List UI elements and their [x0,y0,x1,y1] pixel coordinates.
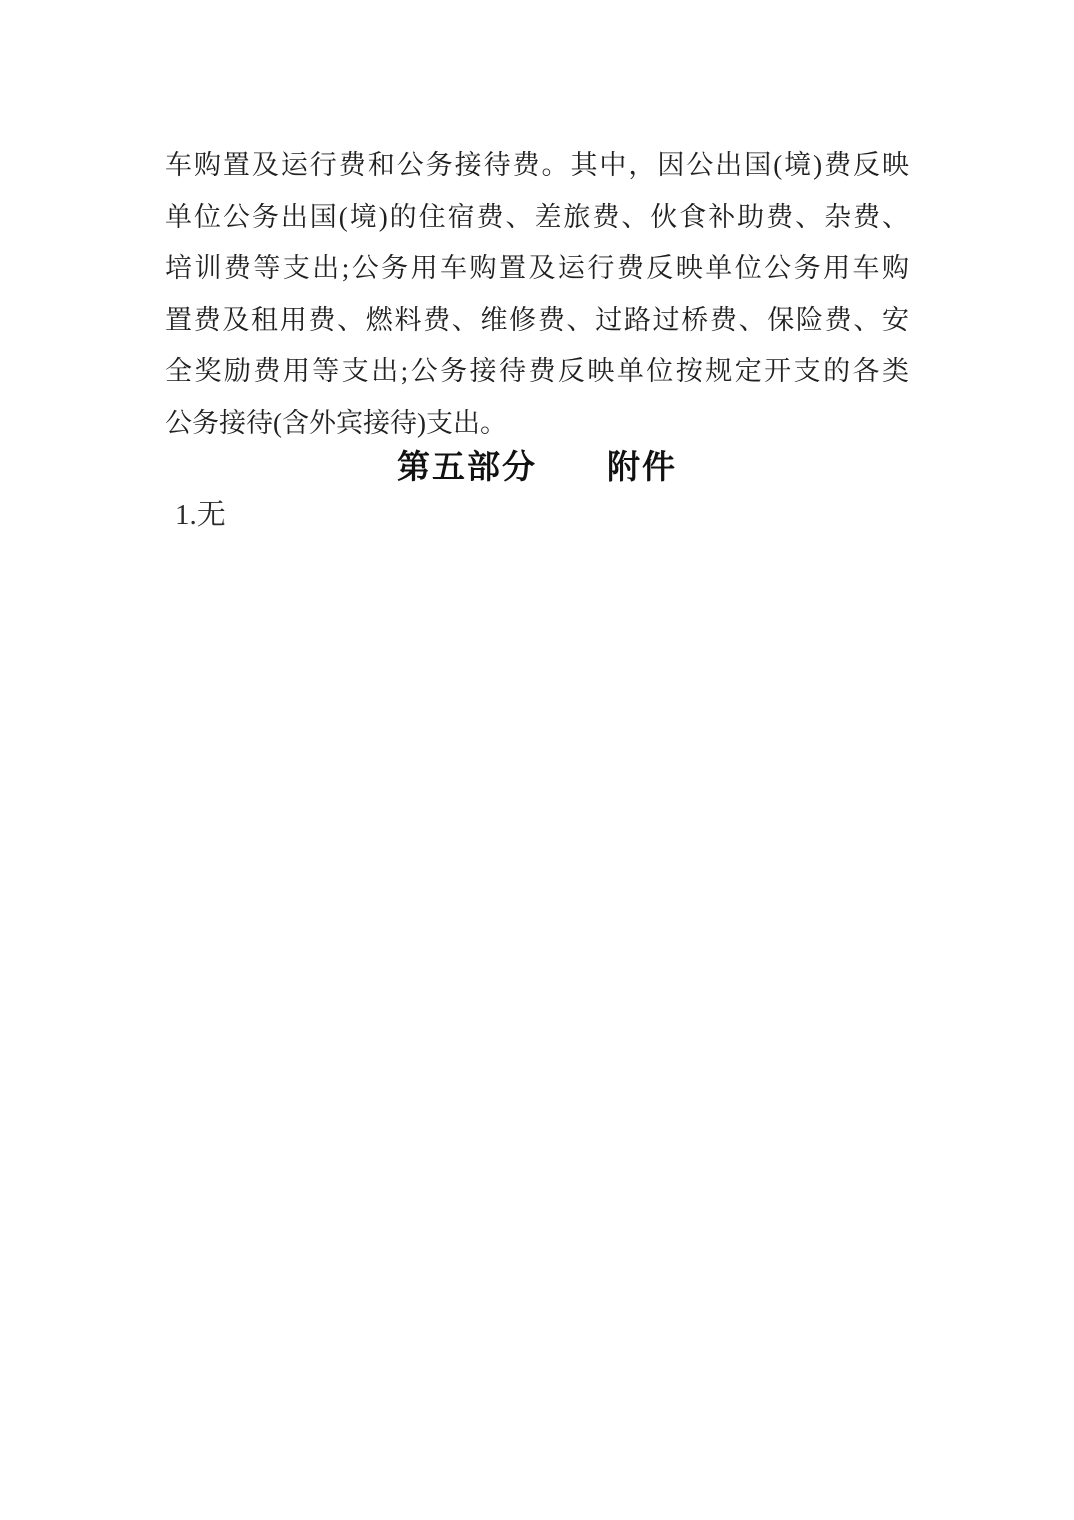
body-paragraph: 车购置及运行费和公务接待费。其中，因公出国(境)费反映 单位公务出国(境)的住宿… [165,140,909,449]
paragraph-line: 全奖励费用等支出;公务接待费反映单位按规定开支的各类 [165,346,909,398]
paragraph-line: 培训费等支出;公务用车购置及运行费反映单位公务用车购 [165,243,909,295]
paragraph-line: 单位公务出国(境)的住宿费、差旅费、伙食补助费、杂费、 [165,192,909,244]
paragraph-line: 车购置及运行费和公务接待费。其中，因公出国(境)费反映 [165,140,909,192]
section-heading: 第五部分 附件 [165,441,909,493]
attachment-item: 1.无 [175,492,226,538]
paragraph-line: 置费及租用费、燃料费、维修费、过路过桥费、保险费、安 [165,295,909,347]
document-page: 车购置及运行费和公务接待费。其中，因公出国(境)费反映 单位公务出国(境)的住宿… [0,0,1074,1520]
